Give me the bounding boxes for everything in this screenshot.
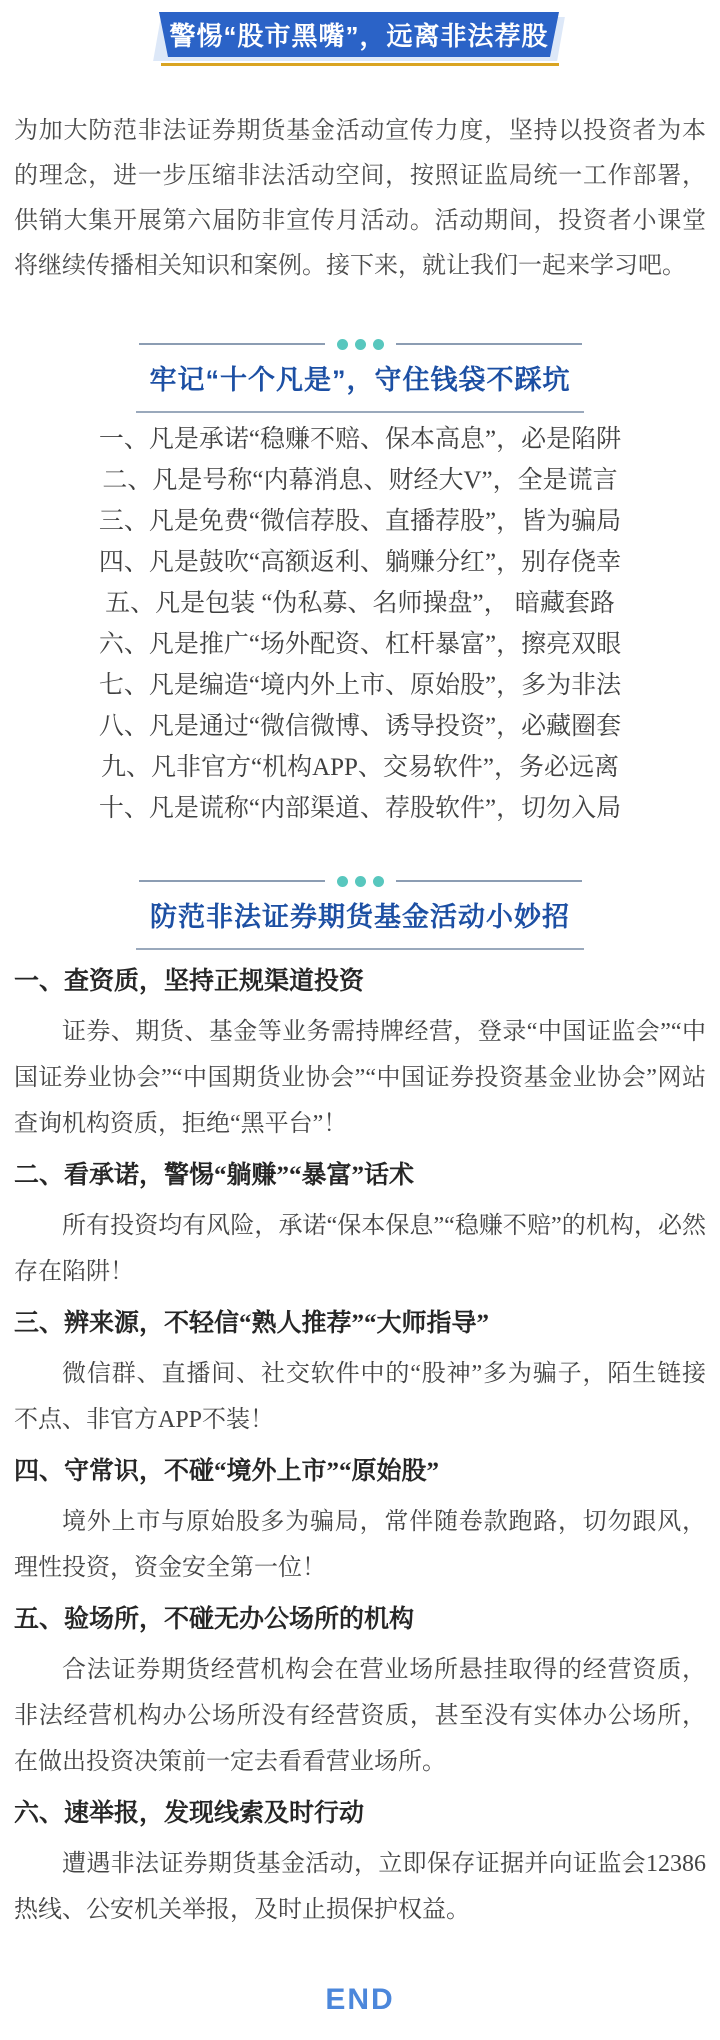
tip-item: 二、看承诺，警惕“躺赚”“暴富”话术 所有投资均有风险，承诺“保本保息”“稳赚不… [14,1158,706,1295]
banner-gold-underline [161,63,559,66]
divider-line-left [139,343,325,345]
list-item: 三、凡是免费“微信荐股、直播荐股”，皆为骗局 [0,501,720,542]
banner-main-shape: 警惕“股市黑嘴”，远离非法荐股 [159,12,559,57]
tip-item: 四、守常识，不碰“境外上市”“原始股” 境外上市与原始股多为骗局，常伴随卷款跑路… [14,1454,706,1591]
title-underline [136,948,584,950]
title-underline [136,411,584,413]
tip-body: 证券、期货、基金等业务需持牌经营，登录“中国证监会”“中国证券业协会”“中国期货… [14,1009,706,1147]
dot-icon [355,339,366,350]
section-title-tips: 防范非法证券期货基金活动小妙招 [0,899,720,935]
dot-icon [355,876,366,887]
banner-title: 警惕“股市黑嘴”，远离非法荐股 [169,16,548,53]
dot-icon [337,339,348,350]
tip-item: 五、验场所，不碰无办公场所的机构 合法证券期货经营机构会在营业场所悬挂取得的经营… [14,1602,706,1785]
list-item: 二、凡是号称“内幕消息、财经大V”，全是谎言 [0,460,720,501]
list-item: 一、凡是承诺“稳赚不赔、保本高息”，必是陷阱 [0,419,720,460]
tip-body: 境外上市与原始股多为骗局，常伴随卷款跑路，切勿跟风，理性投资，资金安全第一位！ [14,1499,706,1591]
list-item: 八、凡是通过“微信微博、诱导投资”，必藏圈套 [0,706,720,747]
divider-dots [337,339,384,350]
tip-heading: 三、辨来源，不轻信“熟人推荐”“大师指导” [14,1306,706,1342]
list-item: 十、凡是谎称“内部渠道、荐股软件”，切勿入局 [0,788,720,829]
section-divider [0,338,720,350]
dot-icon [373,876,384,887]
section-title-ten-rules: 牢记“十个凡是”，守住钱袋不踩坑 [0,362,720,398]
list-item: 四、凡是鼓吹“高额返利、躺赚分红”，别存侥幸 [0,542,720,583]
divider-line-left [139,880,325,882]
tip-item: 三、辨来源，不轻信“熟人推荐”“大师指导” 微信群、直播间、社交软件中的“股神”… [14,1306,706,1443]
article-page: 警惕“股市黑嘴”，远离非法荐股 为加大防范非法证券期货基金活动宣传力度，坚持以投… [0,0,720,2040]
tip-body: 微信群、直播间、社交软件中的“股神”多为骗子，陌生链接不点、非官方APP不装！ [14,1351,706,1443]
title-banner: 警惕“股市黑嘴”，远离非法荐股 [155,12,565,62]
divider-dots [337,876,384,887]
list-item: 九、凡非官方“机构APP、交易软件”，务必远离 [0,747,720,788]
tips-list: 一、查资质，坚持正规渠道投资 证券、期货、基金等业务需持牌经营，登录“中国证监会… [14,964,706,1933]
list-item: 五、凡是包装 “伪私募、名师操盘”， 暗藏套路 [0,583,720,624]
tip-body: 合法证券期货经营机构会在营业场所悬挂取得的经营资质，非法经营机构办公场所没有经营… [14,1647,706,1785]
tip-body: 所有投资均有风险，承诺“保本保息”“稳赚不赔”的机构，必然存在陷阱！ [14,1203,706,1295]
tip-heading: 五、验场所，不碰无办公场所的机构 [14,1602,706,1638]
divider-line-right [396,343,582,345]
list-item: 六、凡是推广“场外配资、杠杆暴富”，擦亮双眼 [0,624,720,665]
tip-heading: 四、守常识，不碰“境外上市”“原始股” [14,1454,706,1490]
tip-body: 遭遇非法证券期货基金活动，立即保存证据并向证监会12386热线、公安机关举报，及… [14,1841,706,1933]
tip-item: 六、速举报，发现线索及时行动 遭遇非法证券期货基金活动，立即保存证据并向证监会1… [14,1796,706,1933]
list-item: 七、凡是编造“境内外上市、原始股”，多为非法 [0,665,720,706]
tip-heading: 一、查资质，坚持正规渠道投资 [14,964,706,1000]
tip-heading: 二、看承诺，警惕“躺赚”“暴富”话术 [14,1158,706,1194]
dot-icon [337,876,348,887]
ten-rules-list: 一、凡是承诺“稳赚不赔、保本高息”，必是陷阱 二、凡是号称“内幕消息、财经大V”… [0,419,720,829]
intro-paragraph: 为加大防范非法证券期货基金活动宣传力度，坚持以投资者为本的理念，进一步压缩非法活… [14,108,706,288]
dot-icon [373,339,384,350]
divider-line-right [396,880,582,882]
section-divider [0,875,720,887]
tip-item: 一、查资质，坚持正规渠道投资 证券、期货、基金等业务需持牌经营，登录“中国证监会… [14,964,706,1147]
tip-heading: 六、速举报，发现线索及时行动 [14,1796,706,1832]
end-marker: END [0,1983,720,2017]
